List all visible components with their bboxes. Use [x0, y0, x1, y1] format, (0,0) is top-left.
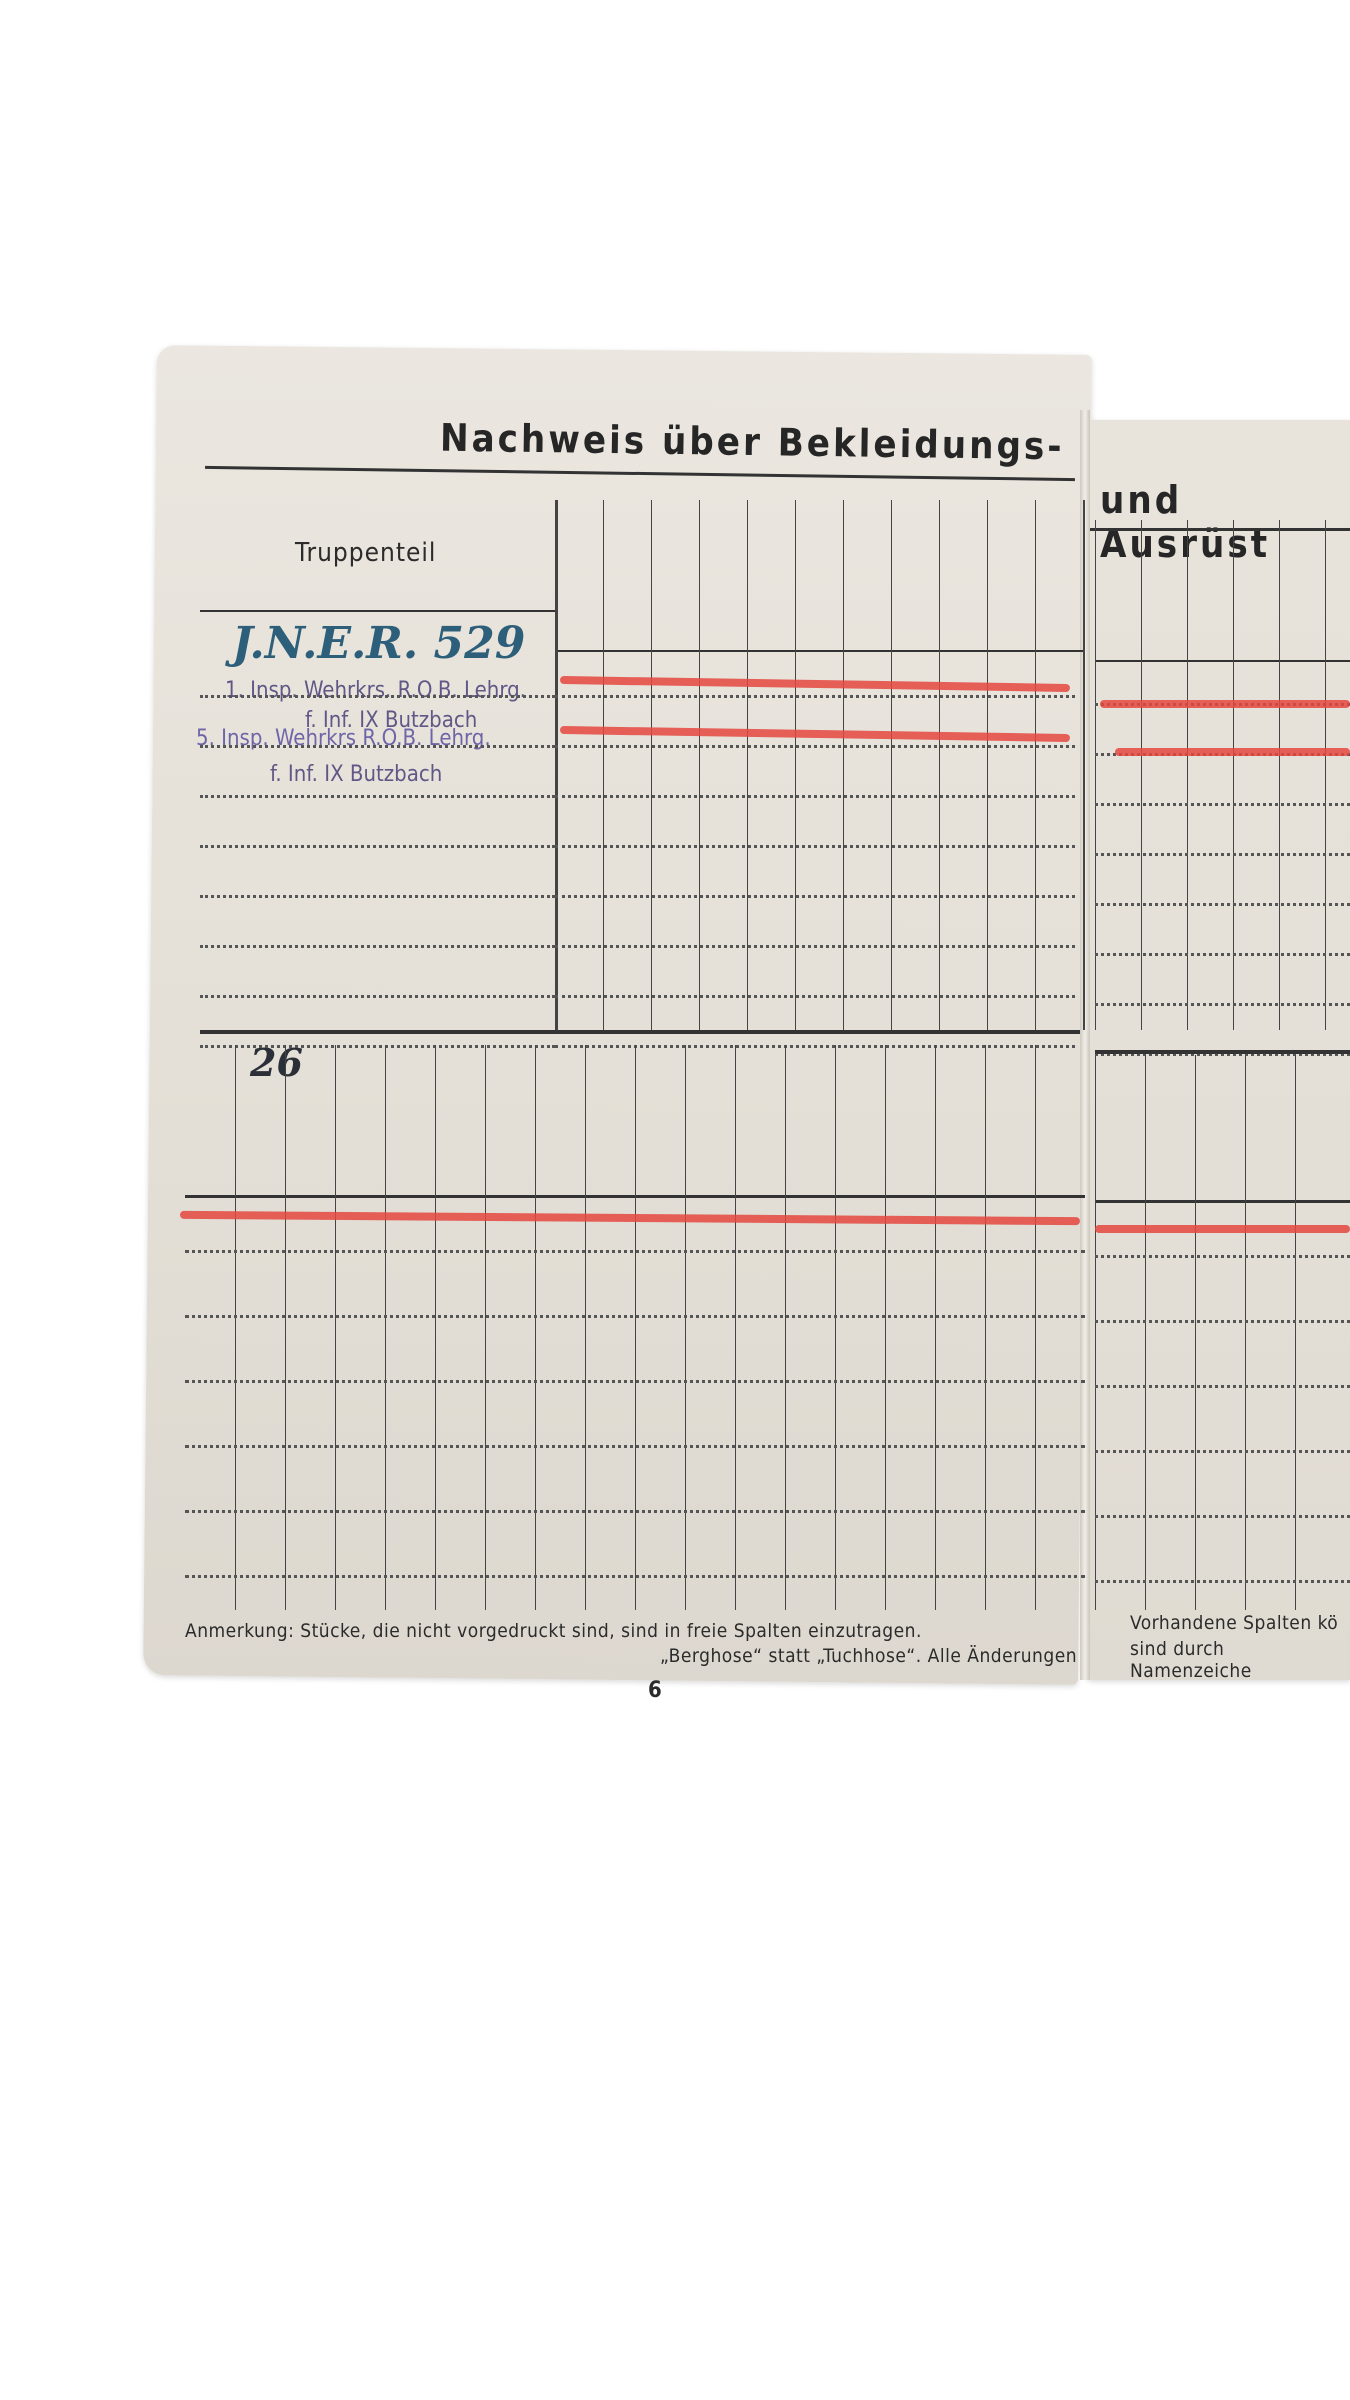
- lower-dotted-line: [1095, 1255, 1350, 1258]
- lower-col-divider-right: [1245, 1055, 1246, 1610]
- truppenteil-label: Truppenteil: [295, 538, 436, 568]
- row-dotted-line: [555, 695, 1075, 698]
- upper-col-divider: [603, 500, 604, 1030]
- row-dotted-line: [1095, 953, 1350, 956]
- upper-col-divider: [1035, 500, 1036, 1030]
- book-gutter: [1080, 410, 1090, 1680]
- lower-col-divider-right: [1295, 1055, 1296, 1610]
- lower-dotted-line: [185, 1315, 1085, 1318]
- lower-col-divider: [285, 1045, 286, 1610]
- footnote-line1: Anmerkung: Stücke, die nicht vorgedruckt…: [185, 1620, 922, 1642]
- row-dotted-line: [200, 1045, 555, 1048]
- row-dotted-line: [200, 895, 555, 898]
- lower-dotted-line: [185, 1575, 1085, 1578]
- lower-col-divider: [485, 1045, 486, 1610]
- lower-dotted-line: [1095, 1515, 1350, 1518]
- lower-col-divider: [985, 1045, 986, 1610]
- upper-col-divider: [939, 500, 940, 1030]
- lower-col-divider-right: [1095, 1055, 1096, 1610]
- red-strike-lower-right: [1095, 1225, 1350, 1233]
- row-dotted-line: [555, 995, 1075, 998]
- unit-stamp-row2-line1: 1. Insp. Wehrkrs. R.O.B. Lehrg.: [225, 678, 526, 703]
- row-dotted-line: [555, 945, 1075, 948]
- row-dotted-line: [200, 995, 555, 998]
- red-strike-row2-right: [1115, 748, 1350, 756]
- row-dotted-line: [1095, 853, 1350, 856]
- row-dotted-line: [200, 845, 555, 848]
- upper-table-bottom-rule-right: [1095, 1050, 1350, 1054]
- red-strike-row1-right: [1100, 700, 1350, 708]
- lower-col-divider: [335, 1045, 336, 1610]
- upper-col-divider: [795, 500, 796, 1030]
- upper-header-rule-right: [1095, 660, 1350, 662]
- row-dotted-line: [1095, 903, 1350, 906]
- footnote-line2-right: sind durch Namenzeiche: [1130, 1638, 1350, 1682]
- lower-col-divider: [885, 1045, 886, 1610]
- row-dotted-line: [200, 745, 555, 748]
- lower-col-divider: [635, 1045, 636, 1610]
- lower-dotted-line: [1095, 1320, 1350, 1323]
- upper-col-divider: [891, 500, 892, 1030]
- page-number: 6: [648, 1678, 662, 1703]
- lower-col-divider: [235, 1045, 236, 1610]
- lower-header-rule-right: [1095, 1200, 1350, 1203]
- lower-dotted-line: [185, 1510, 1085, 1513]
- upper-col-divider: [699, 500, 700, 1030]
- truppenteil-divider: [555, 500, 558, 1030]
- upper-col-divider: [651, 500, 652, 1030]
- row-dotted-line: [555, 1045, 1075, 1048]
- truppenteil-header-rule: [200, 610, 555, 612]
- lower-col-divider: [685, 1045, 686, 1610]
- lower-dotted-line: [1095, 1385, 1350, 1388]
- upper-col-divider: [987, 500, 988, 1030]
- lower-col-divider: [785, 1045, 786, 1610]
- lower-col-divider: [535, 1045, 536, 1610]
- lower-col-divider-right: [1195, 1055, 1196, 1610]
- row-dotted-line: [200, 695, 555, 698]
- lower-dotted-line: [1095, 1580, 1350, 1583]
- row-dotted-line: [200, 945, 555, 948]
- lower-col-divider: [835, 1045, 836, 1610]
- row-dotted-line: [555, 795, 1075, 798]
- lower-col-divider-right: [1145, 1055, 1146, 1610]
- row-dotted-line: [555, 895, 1075, 898]
- row-dotted-line: [1095, 1003, 1350, 1006]
- unit-handwritten-row1: J.N.E.R. 529: [232, 618, 525, 669]
- unit-stamp-row3-line2: f. Inf. IX Butzbach: [270, 762, 442, 787]
- row-dotted-line: [1095, 803, 1350, 806]
- row-dotted-line: [555, 845, 1075, 848]
- upper-col-divider: [843, 500, 844, 1030]
- lower-col-divider: [385, 1045, 386, 1610]
- lower-dotted-line: [185, 1380, 1085, 1383]
- title-rule-right: [1090, 528, 1350, 531]
- upper-header-rule-left: [555, 650, 1083, 652]
- lower-dotted-line: [185, 1445, 1085, 1448]
- lower-dotted-line: [185, 1250, 1085, 1253]
- upper-col-divider: [747, 500, 748, 1030]
- upper-table-bottom-rule: [200, 1030, 1080, 1034]
- footnote-line1-right: Vorhandene Spalten kö: [1130, 1612, 1338, 1634]
- lower-dotted-line: [1095, 1450, 1350, 1453]
- lower-col-divider: [935, 1045, 936, 1610]
- row-dotted-line: [555, 745, 1075, 748]
- page-title-right: und Ausrüst: [1100, 478, 1350, 566]
- lower-col-divider: [1035, 1045, 1036, 1610]
- lower-col-divider: [735, 1045, 736, 1610]
- row-dotted-line: [200, 795, 555, 798]
- page-title-left: Nachweis über Bekleidungs-: [440, 416, 1065, 469]
- upper-col-divider: [1083, 500, 1085, 1030]
- lower-col-divider: [585, 1045, 586, 1610]
- footnote-line2: „Berghose“ statt „Tuchhose“. Alle Änderu…: [660, 1645, 1077, 1667]
- lower-col-divider: [435, 1045, 436, 1610]
